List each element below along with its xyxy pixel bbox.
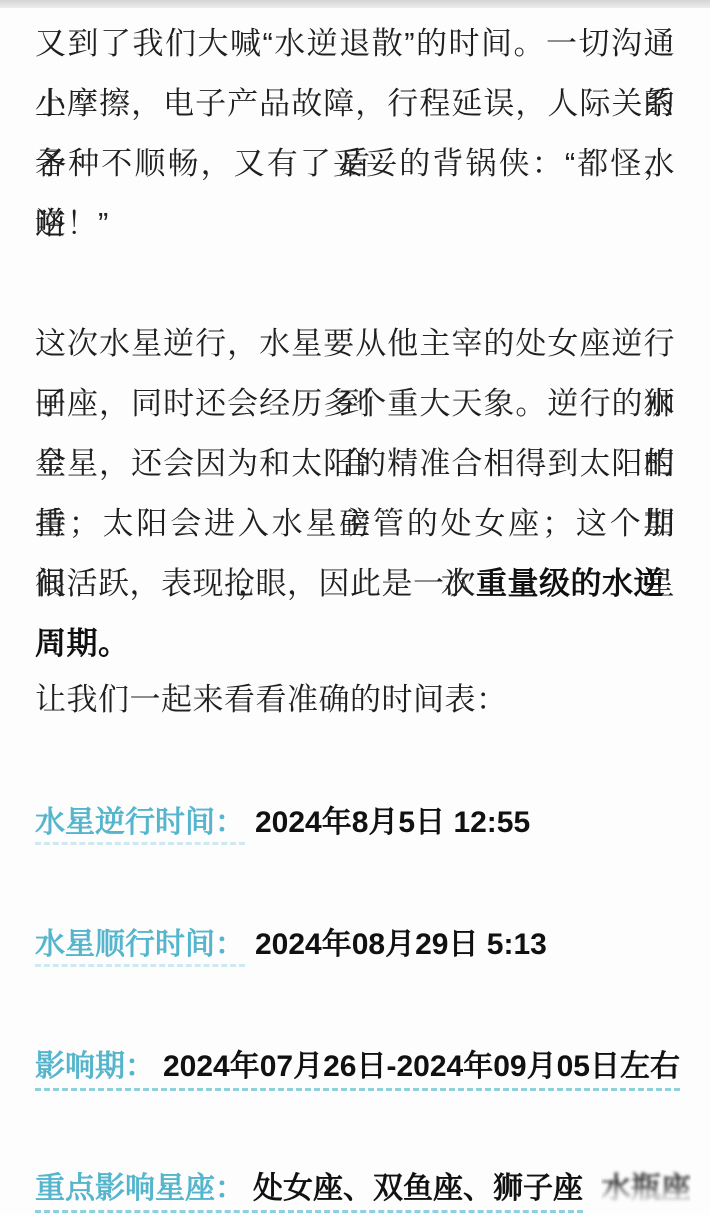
row-value: 处女座、双鱼座、狮子座 <box>253 1172 583 1205</box>
row-value: 2024年07月26日-2024年09月05日左右 <box>163 1050 680 1083</box>
blurred-text: 水瓶座 <box>601 1159 691 1215</box>
timetable-row-influence-period: 影响期：2024年07月26日-2024年09月05日左右 <box>35 1037 675 1097</box>
row-label: 重点影响星座： <box>35 1172 245 1205</box>
row-label: 水星逆行时间： <box>35 806 245 845</box>
article-page: 又到了我们大喊“水逆退散”的时间。一切沟通上的 小摩擦，电子产品故障，行程延误，… <box>0 0 710 1215</box>
text-line: 这次水星逆行，水星要从他主宰的处女座逆行回到狮 <box>35 314 675 374</box>
text-line: 各种不顺畅，又有了妥妥的背锅侠：“都怪水逆 <box>35 134 675 194</box>
text-regular: 很活跃，表现抢眼，因此是一次 <box>35 566 476 601</box>
text-line: 又到了我们大喊“水逆退散”的时间。一切沟通上的 <box>35 14 675 74</box>
text-line: 金星，还会因为和太阳的精准合相得到太阳的重磅加 <box>35 434 675 494</box>
timetable-intro: 让我们一起来看看准确的时间表： <box>35 670 675 730</box>
text-line: 咯！” <box>35 194 675 254</box>
timetable-row-retrograde-start: 水星逆行时间：2024年8月5日 12:55 <box>35 793 675 853</box>
underlined-row-content: 重点影响星座：处女座、双鱼座、狮子座 <box>35 1172 583 1213</box>
article-body: 又到了我们大喊“水逆退散”的时间。一切沟通上的 小摩擦，电子产品故障，行程延误，… <box>0 14 710 1215</box>
paragraph-retrograde-detail: 这次水星逆行，水星要从他主宰的处女座逆行回到狮 子座，同时还会经历多个重大天象。… <box>35 314 675 614</box>
text-line: 让我们一起来看看准确的时间表： <box>35 670 675 730</box>
underlined-row-content: 影响期：2024年07月26日-2024年09月05日左右 <box>35 1050 680 1091</box>
row-label: 水星顺行时间： <box>35 928 245 967</box>
text-line: 小摩擦，电子产品故障，行程延误，人际关系矛盾， <box>35 74 675 134</box>
row-label: 影响期： <box>35 1050 155 1083</box>
paragraph-intro: 又到了我们大喊“水逆退散”的时间。一切沟通上的 小摩擦，电子产品故障，行程延误，… <box>35 14 675 254</box>
timetable-row-key-signs: 重点影响星座：处女座、双鱼座、狮子座水瓶座 <box>35 1159 675 1215</box>
text-line: 子座，同时还会经历多个重大天象。逆行的水星合相 <box>35 374 675 434</box>
text-line: 很活跃，表现抢眼，因此是一次重量级的水逆周期。 <box>35 554 675 614</box>
timetable-row-direct-start: 水星顺行时间：2024年08月29日 5:13 <box>35 915 675 975</box>
row-value: 2024年8月5日 12:55 <box>255 806 530 839</box>
top-divider <box>0 0 710 8</box>
row-value: 2024年08月29日 5:13 <box>255 928 547 961</box>
text-line: 持；太阳会进入水星主管的处女座；这个期间，水星 <box>35 494 675 554</box>
